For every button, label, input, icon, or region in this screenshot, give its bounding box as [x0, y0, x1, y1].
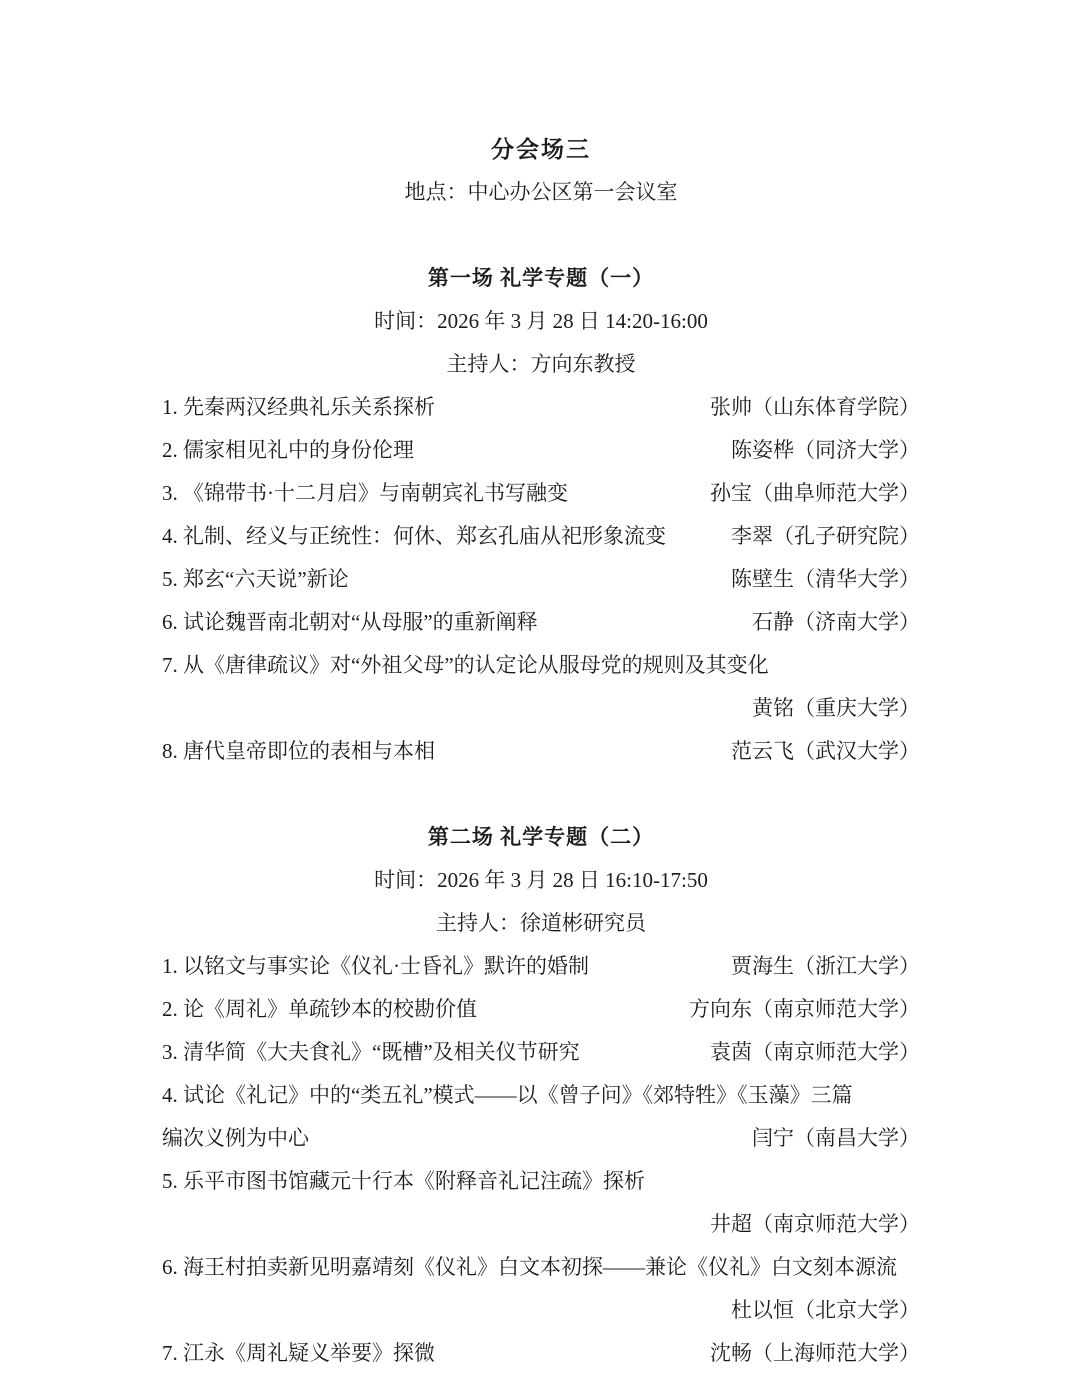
paper-title: 8. 唐代皇帝即位的表相与本相 [162, 730, 435, 773]
paper-title: 7. 江永《周礼疑义举要》探微 [162, 1332, 435, 1375]
paper-row: 1. 以铭文与事实论《仪礼·士昏礼》默许的婚制 贾海生（浙江大学） [162, 945, 920, 988]
paper-title: 2. 儒家相见礼中的身份伦理 [162, 429, 414, 472]
paper-title-continued: 编次义例为中心 [162, 1117, 309, 1160]
paper-presenter: 杜以恒（北京大学） [162, 1289, 920, 1332]
paper-presenter: 李翠（孔子研究院） [731, 515, 920, 558]
paper-row: 7. 江永《周礼疑义举要》探微 沈畅（上海师范大学） [162, 1332, 920, 1375]
paper-presenter: 井超（南京师范大学） [162, 1203, 920, 1246]
paper-row: 2. 论《周礼》单疏钞本的校勘价值 方向东（南京师范大学） [162, 988, 920, 1031]
paper-title: 1. 以铭文与事实论《仪礼·士昏礼》默许的婚制 [162, 945, 589, 988]
paper-title: 6. 试论魏晋南北朝对“从母服”的重新阐释 [162, 601, 538, 644]
paper-presenter: 张帅（山东体育学院） [710, 386, 920, 429]
paper-row: 8. 唐代皇帝即位的表相与本相 范云飞（武汉大学） [162, 730, 920, 773]
paper-row: 2. 儒家相见礼中的身份伦理 陈姿桦（同济大学） [162, 429, 920, 472]
session1-heading: 第一场 礼学专题（一） [162, 257, 920, 300]
session1-time: 时间：2026 年 3 月 28 日 14:20-16:00 [162, 300, 920, 343]
paper-presenter: 沈畅（上海师范大学） [710, 1332, 920, 1375]
paper-row: 3. 清华简《大夫食礼》“既槽”及相关仪节研究 袁茵（南京师范大学） [162, 1031, 920, 1074]
session1-chair: 主持人：方向东教授 [162, 343, 920, 386]
paper-title: 1. 先秦两汉经典礼乐关系探析 [162, 386, 435, 429]
paper-row: 1. 先秦两汉经典礼乐关系探析 张帅（山东体育学院） [162, 386, 920, 429]
paper-title: 5. 乐平市图书馆藏元十行本《附释音礼记注疏》探析 [162, 1160, 920, 1203]
page-title: 分会场三 [162, 128, 920, 171]
paper-row: 5. 郑玄“六天说”新论 陈壁生（清华大学） [162, 558, 920, 601]
paper-presenter: 方向东（南京师范大学） [689, 988, 920, 1031]
paper-title: 2. 论《周礼》单疏钞本的校勘价值 [162, 988, 477, 1031]
paper-title: 4. 试论《礼记》中的“类五礼”模式——以《曾子问》《郊特牲》《玉藻》三篇 [162, 1074, 920, 1117]
paper-row: 6. 试论魏晋南北朝对“从母服”的重新阐释 石静（济南大学） [162, 601, 920, 644]
paper-presenter: 袁茵（南京师范大学） [710, 1031, 920, 1074]
location-line: 地点：中心办公区第一会议室 [162, 171, 920, 214]
paper-title: 6. 海王村拍卖新见明嘉靖刻《仪礼》白文本初探——兼论《仪礼》白文刻本源流 [162, 1246, 920, 1289]
paper-presenter: 范云飞（武汉大学） [731, 730, 920, 773]
paper-title: 3. 《锦带书·十二月启》与南朝宾礼书写融变 [162, 472, 568, 515]
paper-title: 7. 从《唐律疏议》对“外祖父母”的认定论从服母党的规则及其变化 [162, 644, 920, 687]
paper-presenter: 孙宝（曲阜师范大学） [710, 472, 920, 515]
paper-presenter: 闫宁（南昌大学） [752, 1117, 920, 1160]
paper-row: 3. 《锦带书·十二月启》与南朝宾礼书写融变 孙宝（曲阜师范大学） [162, 472, 920, 515]
session2-heading: 第二场 礼学专题（二） [162, 816, 920, 859]
session2-chair: 主持人：徐道彬研究员 [162, 902, 920, 945]
paper-presenter: 陈壁生（清华大学） [731, 558, 920, 601]
conference-program-page: 分会场三 地点：中心办公区第一会议室 第一场 礼学专题（一） 时间：2026 年… [0, 0, 1080, 1384]
paper-title: 3. 清华简《大夫食礼》“既槽”及相关仪节研究 [162, 1031, 580, 1074]
paper-title: 4. 礼制、经义与正统性：何休、郑玄孔庙从祀形象流变 [162, 515, 666, 558]
session2-time: 时间：2026 年 3 月 28 日 16:10-17:50 [162, 859, 920, 902]
paper-presenter: 黄铭（重庆大学） [162, 687, 920, 730]
paper-presenter: 贾海生（浙江大学） [731, 945, 920, 988]
paper-presenter: 陈姿桦（同济大学） [731, 429, 920, 472]
paper-row: 编次义例为中心 闫宁（南昌大学） [162, 1117, 920, 1160]
paper-presenter: 石静（济南大学） [752, 601, 920, 644]
paper-row: 4. 礼制、经义与正统性：何休、郑玄孔庙从祀形象流变 李翠（孔子研究院） [162, 515, 920, 558]
paper-title: 5. 郑玄“六天说”新论 [162, 558, 349, 601]
